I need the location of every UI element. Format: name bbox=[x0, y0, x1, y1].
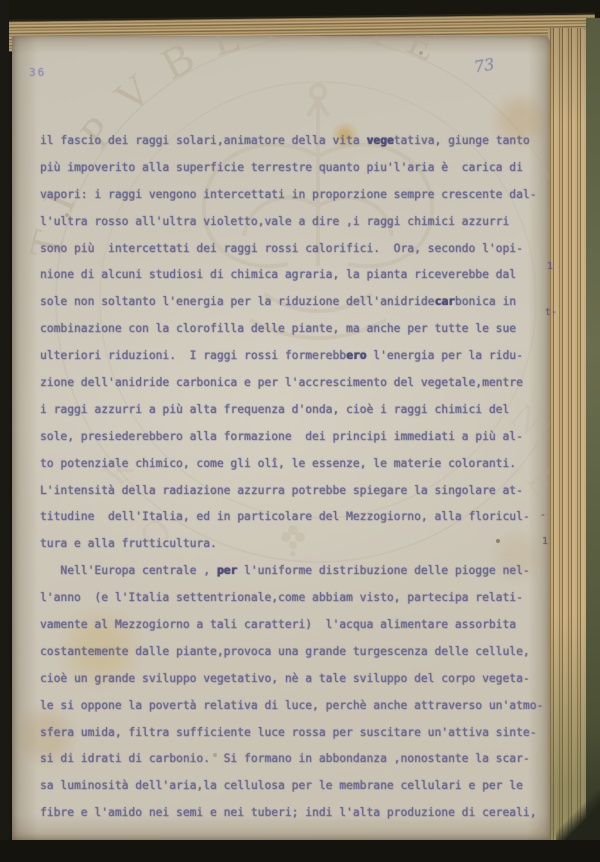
typewritten-line: l'ultra rosso all'ultra violetto,vale a … bbox=[40, 209, 545, 236]
typewritten-line: zione dell'anidride carbonica e per l'ac… bbox=[40, 370, 545, 397]
margin-mark: - bbox=[540, 511, 546, 521]
margin-mark: 1 bbox=[542, 537, 548, 547]
typewritten-line: vamente al Mezzogiorno a tali caratteri)… bbox=[40, 612, 545, 639]
typewritten-line: tura e alla frutticultura. bbox=[40, 531, 545, 558]
typewritten-line: nione di alcuni studiosi di chimica agra… bbox=[40, 262, 545, 289]
typewritten-line: costantemente dalle piante,provoca una g… bbox=[40, 639, 545, 666]
typewritten-line: vapori: i raggi vengono intercettati in … bbox=[40, 182, 545, 209]
typewritten-line: combinazione con la clorofilla delle pia… bbox=[40, 316, 545, 343]
typewritten-line: ulteriori riduzioni. I raggi rossi forme… bbox=[40, 343, 545, 370]
scan-bottom-border bbox=[0, 840, 600, 862]
gutter-shadow bbox=[0, 0, 9, 862]
paper-specks bbox=[0, 0, 2, 2]
typewritten-line: to potenziale chimico, come gli olî, le … bbox=[40, 451, 545, 478]
page-number: 36 bbox=[29, 66, 46, 79]
handwritten-folio-number: 73 bbox=[473, 55, 496, 77]
typewritten-line: cioè un grande sviluppo vegetativo, nè a… bbox=[40, 666, 545, 693]
text-block: il fascio dei raggi solari,animatore del… bbox=[40, 128, 545, 827]
typewritten-line: i raggi azzurri a più alta frequenza d'o… bbox=[40, 397, 545, 424]
typewritten-line: L'intensità della radiazione azzurra pot… bbox=[40, 478, 545, 505]
bottom-right-shadow bbox=[556, 790, 600, 842]
typewritten-line: fibre e l'amido nei semi e nei tuberi; i… bbox=[40, 800, 545, 827]
margin-mark: 1 bbox=[547, 262, 553, 272]
typewritten-line: sfera umida, filtra sufficiente luce ros… bbox=[40, 720, 545, 747]
typewritten-line: si di idrati di carbonio. Si formano in … bbox=[40, 746, 545, 773]
typewritten-line: l'anno (e l'Italia settentrionale,come a… bbox=[40, 585, 545, 612]
typewritten-line: sono più intercettati dei raggi rossi ca… bbox=[40, 236, 545, 263]
typewritten-line: più impoverito alla superficie terrestre… bbox=[40, 155, 545, 182]
typewritten-line: Nell'Europa centrale , per l'uniforme di… bbox=[40, 558, 545, 585]
typewritten-line: sole non soltanto l'energia per la riduz… bbox=[40, 289, 545, 316]
typewritten-line: sa luminosità dell'aria,la cellulosa per… bbox=[40, 773, 545, 800]
typewritten-line: il fascio dei raggi solari,animatore del… bbox=[40, 128, 545, 155]
margin-mark: t- bbox=[545, 308, 557, 318]
book-cover-edge bbox=[586, 18, 600, 842]
book-scan: TI PVBLICAE R O N bbox=[0, 0, 600, 862]
book-right-page-edges bbox=[548, 28, 590, 842]
document-page: TI PVBLICAE R O N bbox=[12, 36, 550, 840]
typewritten-line: titudine dell'Italia, ed in particolare … bbox=[40, 504, 545, 531]
typewritten-line: sole, presiederebbero alla formazione de… bbox=[40, 424, 545, 451]
typewritten-line: le si oppone la povertà relativa di luce… bbox=[40, 693, 545, 720]
